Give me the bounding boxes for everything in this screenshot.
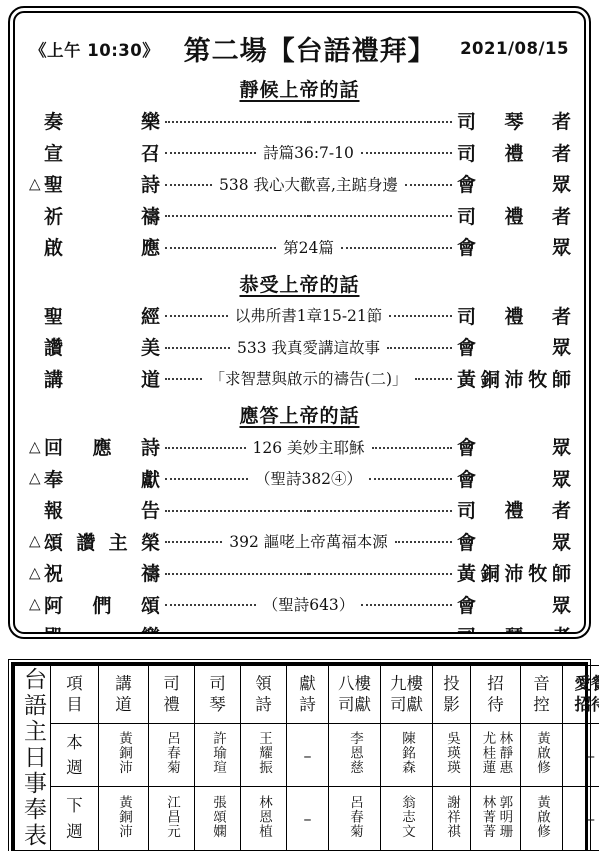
section-rows: 奏樂 司琴者 宣召 詩篇36:7-10 司禮者 △ 聖詩 538 我心大歡喜,主… xyxy=(28,105,571,263)
program-item: 讚美 xyxy=(28,333,160,360)
duty-person-name: 林恩植 xyxy=(255,795,272,839)
dotted-leader xyxy=(165,215,309,217)
standing-marker: △ xyxy=(29,469,41,487)
program-row: 報告 司禮者 xyxy=(28,494,571,526)
duty-cell: 李恩慈 xyxy=(329,723,381,787)
program-row: △ 祝禱 黃銅沛牧師 xyxy=(28,557,571,589)
program-section: 恭受上帝的話 聖經 以弗所書1章15-21節 司禮者 讚美 533 我真愛講這故… xyxy=(28,270,571,395)
duty-column-header: 司琴 xyxy=(195,666,241,724)
program-item-performer: 司琴者 xyxy=(457,107,571,134)
dotted-leader xyxy=(389,315,452,317)
program-row: △ 奉獻 （聖詩382④） 會眾 xyxy=(28,463,571,495)
program-section: 應答上帝的話 △ 回應詩 126 美妙主耶穌 會眾 △ 奉獻 （聖詩382④） … xyxy=(28,401,571,634)
dotted-leader xyxy=(372,447,453,449)
bulletin-page: 《上午 10:30》 第二場【台語禮拜】 2021/08/15 靜候上帝的話 奏… xyxy=(0,6,599,851)
duty-person-names: 江昌元 xyxy=(163,795,180,839)
program-item-label: 報告 xyxy=(44,496,160,523)
dotted-leader xyxy=(309,121,453,123)
duty-roster-box: 台語主日事奉表項目講道司禮司琴領詩獻詩八樓司獻九樓司獻投影招待音控愛餐招待本週黃… xyxy=(8,659,591,851)
leader-line: 「求智慧與啟示的禱告(二)」 xyxy=(165,367,452,389)
duty-person-names: 林恩植 xyxy=(255,795,272,839)
duty-cell: 王耀振 xyxy=(241,723,287,787)
program-item-content: 第24篇 xyxy=(276,236,341,258)
program-row: △ 回應詩 126 美妙主耶穌 會眾 xyxy=(28,431,571,463)
duty-person-names: 呂春菊 xyxy=(163,731,180,775)
program-item-performer: 會眾 xyxy=(457,333,571,360)
duty-person-name: 翁志文 xyxy=(398,795,415,839)
program-item-label: 奏樂 xyxy=(44,107,160,134)
dotted-leader xyxy=(309,215,453,217)
duty-person-name: 黃銅沛 xyxy=(115,795,132,839)
duty-table-title-text: 台語主日事奉表 xyxy=(21,667,44,849)
program-item-label: 啟應 xyxy=(44,233,160,260)
duty-cell: 黃銅沛 xyxy=(99,723,149,787)
duty-column-header: 司禮 xyxy=(149,666,195,724)
program-row: 宣召 詩篇36:7-10 司禮者 xyxy=(28,137,571,169)
duty-person-names: 郭明珊林菁菁 xyxy=(479,795,513,839)
service-date: 2021/08/15 xyxy=(460,39,569,58)
program-row: 祈禱 司禮者 xyxy=(28,200,571,232)
leader-line xyxy=(165,214,452,216)
duty-person-names: 呂春菊 xyxy=(346,795,363,839)
duty-cell-empty: – xyxy=(563,787,599,851)
duty-column-header: 領詩 xyxy=(241,666,287,724)
duty-person-name: 黃啟修 xyxy=(533,795,550,839)
program-item-content: 538 我心大歡喜,主踮身邊 xyxy=(212,173,405,195)
leader-line xyxy=(165,120,452,122)
duty-row-label: 本週 xyxy=(51,723,99,787)
dotted-leader xyxy=(165,121,309,123)
duty-cell: 林靜惠尤桂蓮 xyxy=(471,723,521,787)
program-item: 宣召 xyxy=(28,139,160,166)
duty-person-name: 李恩慈 xyxy=(346,731,363,775)
leader-line xyxy=(165,572,452,574)
duty-person-names: 張頌嫻 xyxy=(209,795,226,839)
duty-person-name: 江昌元 xyxy=(163,795,180,839)
duty-person-names: 謝祥祺 xyxy=(443,795,460,839)
duty-person-name: 黃銅沛 xyxy=(115,731,132,775)
duty-table-title: 台語主日事奉表 xyxy=(15,666,51,851)
dotted-leader xyxy=(361,152,452,154)
program-row: 奏樂 司琴者 xyxy=(28,105,571,137)
duty-person-name: 呂春菊 xyxy=(163,731,180,775)
dotted-leader xyxy=(165,315,228,317)
program-item-performer: 司禮者 xyxy=(457,139,571,166)
program-section: 靜候上帝的話 奏樂 司琴者 宣召 詩篇36:7-10 司禮者 △ 聖詩 xyxy=(28,75,571,263)
program-item-label: 回應詩 xyxy=(44,433,160,460)
program-row: 殿樂 司琴者 xyxy=(28,620,571,634)
duty-cell: 黃銅沛 xyxy=(99,787,149,851)
duty-cell: 陳銘森 xyxy=(381,723,433,787)
duty-column-header: 獻詩 xyxy=(287,666,329,724)
program-item-label: 宣召 xyxy=(44,139,160,166)
program-item: 奏樂 xyxy=(28,107,160,134)
standing-marker: △ xyxy=(29,563,41,581)
program-header: 《上午 10:30》 第二場【台語禮拜】 2021/08/15 xyxy=(30,29,569,68)
duty-column-header: 招待 xyxy=(471,666,521,724)
program-item-performer: 黃銅沛牧師 xyxy=(457,365,571,392)
duty-column-header: 九樓司獻 xyxy=(381,666,433,724)
program-sections: 靜候上帝的話 奏樂 司琴者 宣召 詩篇36:7-10 司禮者 △ 聖詩 xyxy=(28,75,571,634)
duty-person-name: 吳瑛瑛 xyxy=(443,731,460,775)
duty-person-names: 黃啟修 xyxy=(533,731,550,775)
worship-program-inner-frame: 《上午 10:30》 第二場【台語禮拜】 2021/08/15 靜候上帝的話 奏… xyxy=(13,11,586,634)
duty-cell: 黃啟修 xyxy=(521,787,563,851)
program-item: △ 回應詩 xyxy=(28,433,160,460)
program-item: 報告 xyxy=(28,496,160,523)
leader-line xyxy=(165,509,452,511)
program-item: △ 奉獻 xyxy=(28,465,160,492)
standing-marker: △ xyxy=(29,595,41,613)
leader-line: 392 謳咾上帝萬福本源 xyxy=(165,530,452,552)
duty-person-names: 黃啟修 xyxy=(533,795,550,839)
program-row: △ 阿們頌 （聖詩643） 會眾 xyxy=(28,589,571,621)
duty-person-name: 林菁菁 xyxy=(479,795,496,839)
duty-row: 下週黃銅沛江昌元張頌嫻林恩植–呂春菊翁志文謝祥祺郭明珊林菁菁黃啟修– xyxy=(15,787,599,851)
dotted-leader xyxy=(405,184,452,186)
program-item: 啟應 xyxy=(28,233,160,260)
duty-cell-empty: – xyxy=(563,723,599,787)
dotted-leader xyxy=(165,447,246,449)
standing-marker: △ xyxy=(29,174,41,192)
program-item-content: （聖詩382④） xyxy=(248,467,369,489)
dotted-leader xyxy=(415,378,452,380)
standing-marker: △ xyxy=(29,532,41,550)
dotted-leader xyxy=(341,247,452,249)
leader-line: 以弗所書1章15-21節 xyxy=(165,304,452,326)
duty-row: 本週黃銅沛呂春菊許瑜瑄王耀振–李恩慈陳銘森吳瑛瑛林靜惠尤桂蓮黃啟修– xyxy=(15,723,599,787)
program-item-label: 祈禱 xyxy=(44,202,160,229)
dotted-leader xyxy=(165,478,248,480)
program-row: 讚美 533 我真愛講這故事 會眾 xyxy=(28,331,571,363)
program-item-content: （聖詩643） xyxy=(256,593,362,615)
program-item-label: 讚美 xyxy=(44,333,160,360)
worship-program-box: 《上午 10:30》 第二場【台語禮拜】 2021/08/15 靜候上帝的話 奏… xyxy=(8,6,591,639)
dotted-leader xyxy=(165,541,222,543)
leader-line: （聖詩382④） xyxy=(165,467,452,489)
duty-person-name: 黃啟修 xyxy=(533,731,550,775)
program-row: 啟應 第24篇 會眾 xyxy=(28,231,571,263)
duty-person-names: 黃銅沛 xyxy=(115,731,132,775)
dotted-leader xyxy=(165,152,256,154)
program-item-performer: 會眾 xyxy=(457,170,571,197)
leader-line: 533 我真愛講這故事 xyxy=(165,336,452,358)
program-item-performer: 司禮者 xyxy=(457,496,571,523)
leader-line: （聖詩643） xyxy=(165,593,452,615)
duty-person-names: 陳銘森 xyxy=(398,731,415,775)
dotted-leader xyxy=(165,347,230,349)
dotted-leader xyxy=(165,378,202,380)
duty-cell: 翁志文 xyxy=(381,787,433,851)
program-row: △ 頌讚主榮 392 謳咾上帝萬福本源 會眾 xyxy=(28,526,571,558)
duty-cell: 黃啟修 xyxy=(521,723,563,787)
section-heading: 應答上帝的話 xyxy=(28,401,571,428)
program-item-performer: 司禮者 xyxy=(457,202,571,229)
leader-line: 126 美妙主耶穌 xyxy=(165,436,452,458)
program-item: △ 頌讚主榮 xyxy=(28,528,160,555)
dotted-leader xyxy=(165,573,309,575)
program-item-label: 聖經 xyxy=(44,302,160,329)
program-item-content: 詩篇36:7-10 xyxy=(256,141,361,163)
duty-column-header: 音控 xyxy=(521,666,563,724)
section-heading: 恭受上帝的話 xyxy=(28,270,571,297)
dotted-leader xyxy=(309,573,453,575)
program-item-content: 533 我真愛講這故事 xyxy=(230,336,387,358)
program-item-content: 「求智慧與啟示的禱告(二)」 xyxy=(202,367,414,389)
duty-cell-empty: – xyxy=(287,723,329,787)
duty-column-header: 八樓司獻 xyxy=(329,666,381,724)
duty-cell: 吳瑛瑛 xyxy=(433,723,471,787)
duty-person-name: 呂春菊 xyxy=(346,795,363,839)
duty-cell: 呂春菊 xyxy=(149,723,195,787)
section-rows: 聖經 以弗所書1章15-21節 司禮者 讚美 533 我真愛講這故事 會眾 講道… xyxy=(28,300,571,395)
program-item-content: 392 謳咾上帝萬福本源 xyxy=(222,530,395,552)
duty-cell: 張頌嫻 xyxy=(195,787,241,851)
duty-person-names: 林靜惠尤桂蓮 xyxy=(479,731,513,775)
duty-person-name: 王耀振 xyxy=(255,731,272,775)
duty-cell: 林恩植 xyxy=(241,787,287,851)
program-item: 講道 xyxy=(28,365,160,392)
service-time: 《上午 10:30》 xyxy=(30,37,159,61)
duty-column-header: 投影 xyxy=(433,666,471,724)
duty-cell: 江昌元 xyxy=(149,787,195,851)
program-row: 講道 「求智慧與啟示的禱告(二)」 黃銅沛牧師 xyxy=(28,363,571,395)
program-item: △ 祝禱 xyxy=(28,559,160,586)
program-item-label: 奉獻 xyxy=(44,465,160,492)
program-row: △ 聖詩 538 我心大歡喜,主踮身邊 會眾 xyxy=(28,168,571,200)
program-item-label: 阿們頌 xyxy=(44,591,160,618)
duty-person-names: 李恩慈 xyxy=(346,731,363,775)
dotted-leader xyxy=(387,347,452,349)
program-item-label: 講道 xyxy=(44,365,160,392)
program-item-performer: 黃銅沛牧師 xyxy=(457,559,571,586)
duty-person-names: 許瑜瑄 xyxy=(209,731,226,775)
duty-person-name: 張頌嫻 xyxy=(209,795,226,839)
duty-person-name: 尤桂蓮 xyxy=(479,731,496,775)
program-item-content: 126 美妙主耶穌 xyxy=(246,436,372,458)
program-item-performer: 會眾 xyxy=(457,465,571,492)
program-item: 聖經 xyxy=(28,302,160,329)
dotted-leader xyxy=(369,478,452,480)
duty-person-name: 謝祥祺 xyxy=(443,795,460,839)
duty-person-name: 陳銘森 xyxy=(398,731,415,775)
duty-cell: 謝祥祺 xyxy=(433,787,471,851)
program-item-content: 以弗所書1章15-21節 xyxy=(228,304,390,326)
duty-cell-empty: – xyxy=(287,787,329,851)
dotted-leader xyxy=(165,247,276,249)
dotted-leader xyxy=(165,184,212,186)
program-item: △ 聖詩 xyxy=(28,170,160,197)
duty-cell: 許瑜瑄 xyxy=(195,723,241,787)
duty-row-label: 下週 xyxy=(51,787,99,851)
duty-person-name: 林靜惠 xyxy=(496,731,513,775)
dotted-leader xyxy=(309,510,453,512)
dotted-leader xyxy=(395,541,452,543)
duty-cell: 郭明珊林菁菁 xyxy=(471,787,521,851)
program-item-label: 聖詩 xyxy=(44,170,160,197)
program-item-label: 頌讚主榮 xyxy=(44,528,160,555)
duty-cell: 呂春菊 xyxy=(329,787,381,851)
standing-marker: △ xyxy=(29,437,41,455)
duty-person-names: 翁志文 xyxy=(398,795,415,839)
duty-person-name: 郭明珊 xyxy=(496,795,513,839)
duty-person-name: 許瑜瑄 xyxy=(209,731,226,775)
leader-line: 詩篇36:7-10 xyxy=(165,141,452,163)
program-item-performer: 會眾 xyxy=(457,591,571,618)
duty-column-header: 項目 xyxy=(51,666,99,724)
program-row: 聖經 以弗所書1章15-21節 司禮者 xyxy=(28,300,571,332)
duty-column-header: 講道 xyxy=(99,666,149,724)
program-item-performer: 會眾 xyxy=(457,528,571,555)
duty-roster-table: 台語主日事奉表項目講道司禮司琴領詩獻詩八樓司獻九樓司獻投影招待音控愛餐招待本週黃… xyxy=(14,665,599,851)
page-title: 第二場【台語禮拜】 xyxy=(184,29,436,68)
program-item-label: 殿樂 xyxy=(44,622,160,634)
section-rows: △ 回應詩 126 美妙主耶穌 會眾 △ 奉獻 （聖詩382④） 會眾 報告 xyxy=(28,431,571,634)
duty-column-header: 愛餐招待 xyxy=(563,666,599,724)
program-item-performer: 司禮者 xyxy=(457,302,571,329)
program-item-performer: 會眾 xyxy=(457,433,571,460)
dotted-leader xyxy=(165,510,309,512)
duty-person-names: 吳瑛瑛 xyxy=(443,731,460,775)
program-item-label: 祝禱 xyxy=(44,559,160,586)
program-item: 殿樂 xyxy=(28,622,160,634)
program-item-performer: 會眾 xyxy=(457,233,571,260)
program-item: △ 阿們頌 xyxy=(28,591,160,618)
dotted-leader xyxy=(361,604,452,606)
program-item-performer: 司琴者 xyxy=(457,622,571,634)
duty-person-names: 黃銅沛 xyxy=(115,795,132,839)
leader-line: 538 我心大歡喜,主踮身邊 xyxy=(165,173,452,195)
dotted-leader xyxy=(165,604,256,606)
section-heading: 靜候上帝的話 xyxy=(28,75,571,102)
program-item: 祈禱 xyxy=(28,202,160,229)
leader-line: 第24篇 xyxy=(165,236,452,258)
duty-person-names: 王耀振 xyxy=(255,731,272,775)
duty-roster-frame: 台語主日事奉表項目講道司禮司琴領詩獻詩八樓司獻九樓司獻投影招待音控愛餐招待本週黃… xyxy=(11,662,588,851)
